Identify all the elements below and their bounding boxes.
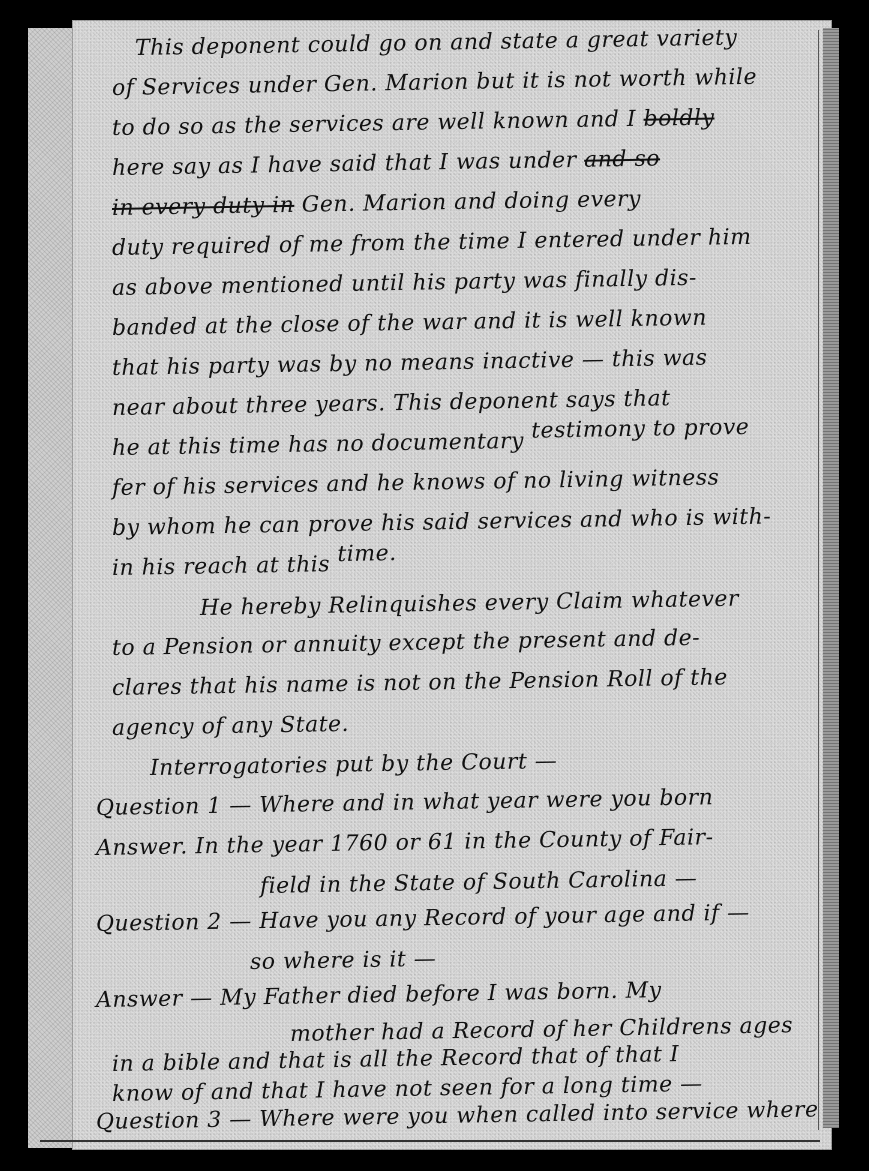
text-line-24: so where is it — — [250, 947, 437, 975]
struck-text: in every duty in — [112, 193, 295, 221]
interlined-insert: testimony to prove — [531, 415, 750, 444]
struck-text: boldly — [643, 105, 714, 131]
page-binding-edge — [823, 28, 839, 1128]
text-line-14: in his reach at this time. — [112, 551, 397, 581]
margin-rule — [818, 30, 819, 1130]
bottom-rule — [40, 1140, 820, 1142]
struck-text: and so — [584, 146, 660, 172]
text-line-18: agency of any State. — [112, 712, 350, 741]
interlined-insert: time. — [337, 541, 397, 567]
